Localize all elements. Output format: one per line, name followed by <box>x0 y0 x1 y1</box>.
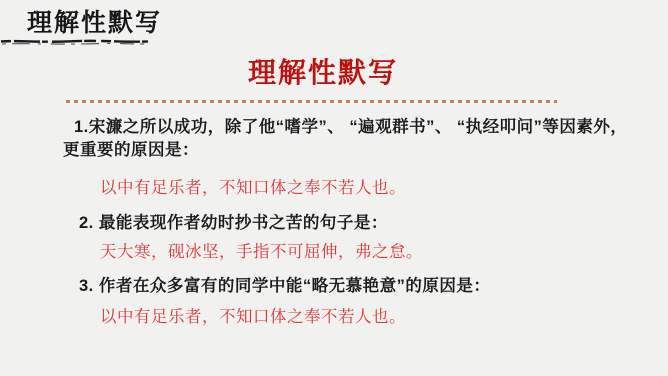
question-1-line-2: 更重要的原因是： <box>63 139 199 161</box>
slide-title: 理解性默写 <box>0 56 646 90</box>
question-1-line-1: 1.宋濂之所以成功，除了他“嗜学”、 “遍观群书”、 “执经叩问”等因素外， <box>74 116 627 138</box>
dashed-divider <box>66 100 557 103</box>
question-3: 3. 作者在众多富有的同学中能“略无慕艳意”的原因是： <box>79 275 490 297</box>
answer-1: 以中有足乐者，不知口体之奉不若人也。 <box>100 177 406 199</box>
corner-header-title: 理解性默写 <box>27 8 162 38</box>
brush-stroke-icon <box>0 37 150 47</box>
slide-canvas: 理解性默写 理解性默写 1.宋濂之所以成功，除了他“嗜学”、 “遍观群书”、 “… <box>0 0 668 376</box>
question-2: 2. 最能表现作者幼时抄书之苦的句子是： <box>79 212 388 234</box>
answer-3: 以中有足乐者，不知口体之奉不若人也。 <box>100 306 406 328</box>
answer-2: 天大寒，砚冰坚，手指不可屈伸，弗之怠。 <box>100 241 423 263</box>
